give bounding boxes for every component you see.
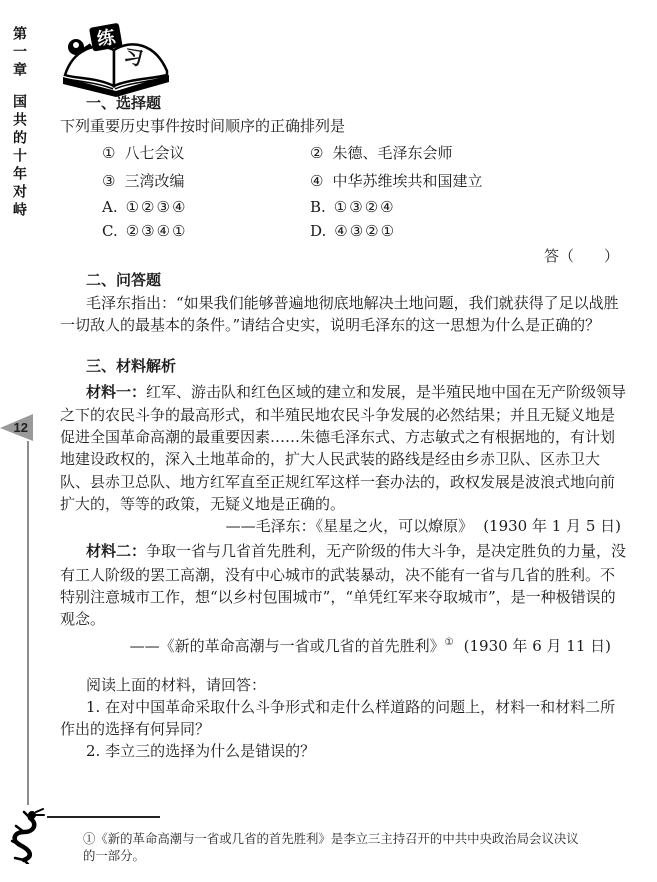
item-number: ④: [310, 172, 323, 190]
mcq-choice: B.①③②④: [310, 196, 627, 219]
footnote-text: ①《新的革命高潮与一省或几省的首先胜利》是李立三主持召开的中共中央政治局会议决议…: [83, 830, 583, 864]
material2-label: 材料二：: [86, 543, 146, 560]
chapter-label: 第一章: [12, 26, 28, 80]
material1-text: 红军、游击队和红色区域的建立和发展，是半殖民地中国在无产阶级领导之下的农民斗争的…: [60, 383, 626, 513]
attribution-date: (1930 年 6 月 11 日): [464, 637, 611, 655]
material1-label: 材料一：: [86, 384, 146, 401]
footnote-divider: [47, 816, 160, 818]
choice-label: C.: [102, 222, 118, 240]
item-text: 朱德、毛泽东会师: [332, 144, 452, 162]
mcq-item-list: ①八七会议 ②朱德、毛泽东会师 ③三湾改编 ④中华苏维埃共和国建立: [102, 141, 627, 194]
page-content: 一、选择题 下列重要历史事件按时间顺序的正确排列是 ①八七会议 ②朱德、毛泽东会…: [60, 0, 627, 763]
item-text: 三湾改编: [124, 172, 184, 190]
choice-sequence: ④③②①: [334, 222, 396, 240]
item-text: 八七会议: [124, 144, 184, 162]
attribution-source: ——《新的革命高潮与一省或几省的首先胜利》: [130, 637, 445, 655]
chapter-sidebar: 第一章国共的十年对峙: [10, 26, 30, 220]
attribution-date: (1930 年 1 月 5 日): [483, 517, 621, 535]
dragon-ornament-icon: [6, 808, 46, 868]
footnote-marker-superscript: ①: [445, 637, 454, 648]
attribution-source: ——毛泽东：《星星之火，可以燎原》: [226, 517, 474, 535]
mcq-item: ②朱德、毛泽东会师: [310, 141, 627, 166]
item-text: 中华苏维埃共和国建立: [332, 172, 482, 190]
item-number: ①: [102, 144, 115, 162]
material-question-2: 2. 李立三的选择为什么是错误的？: [60, 740, 627, 762]
choice-sequence: ②③④①: [126, 222, 188, 240]
mcq-choice: C.②③④①: [102, 220, 310, 243]
mcq-choice-list: A.①②③④ B.①③②④ C.②③④① D.④③②①: [102, 196, 627, 243]
page-number-badge: 12: [0, 414, 33, 441]
item-number: ②: [310, 144, 323, 162]
material2-paragraph: 材料二：争取一省与几省首先胜利，无产阶级的伟大斗争，是决定胜负的力量，没有工人阶…: [60, 540, 627, 630]
qa-body: 毛泽东指出：“如果我们能够普遍地彻底地解决土地问题，我们就获得了足以战胜一切敌人…: [60, 292, 627, 337]
mcq-choice: D.④③②①: [310, 220, 627, 243]
choice-label: D.: [310, 222, 326, 240]
page-number: 12: [14, 420, 33, 435]
section-material-heading: 三、材料解析: [60, 356, 627, 378]
section-qa-heading: 二、问答题: [60, 270, 627, 292]
material-question-1: 1. 在对中国革命采取什么斗争形式和走什么样道路的问题上，材料一和材料二所作出的…: [60, 696, 627, 741]
choice-label: A.: [102, 198, 118, 216]
mcq-item: ①八七会议: [102, 141, 310, 166]
item-number: ③: [102, 172, 115, 190]
material1-paragraph: 材料一：红军、游击队和红色区域的建立和发展，是半殖民地中国在无产阶级领导之下的农…: [60, 381, 627, 516]
chapter-title: 国共的十年对峙: [12, 94, 28, 220]
questions-intro: 阅读上面的材料，请回答：: [60, 674, 627, 696]
mcq-item: ④中华苏维埃共和国建立: [310, 169, 627, 194]
choice-sequence: ①③②④: [334, 198, 396, 216]
mcq-stem: 下列重要历史事件按时间顺序的正确排列是: [60, 115, 627, 137]
choice-sequence: ①②③④: [126, 198, 188, 216]
answer-blank: 答（ ）: [60, 245, 627, 267]
material1-attribution: ——毛泽东：《星星之火，可以燎原》(1930 年 1 月 5 日): [60, 515, 627, 537]
mcq-item: ③三湾改编: [102, 169, 310, 194]
choice-label: B.: [310, 198, 326, 216]
mcq-choice: A.①②③④: [102, 196, 310, 219]
section-choice-heading: 一、选择题: [60, 93, 627, 115]
material2-attribution: ——《新的革命高潮与一省或几省的首先胜利》①(1930 年 6 月 11 日): [60, 632, 627, 657]
sidebar-divider: [27, 441, 29, 805]
